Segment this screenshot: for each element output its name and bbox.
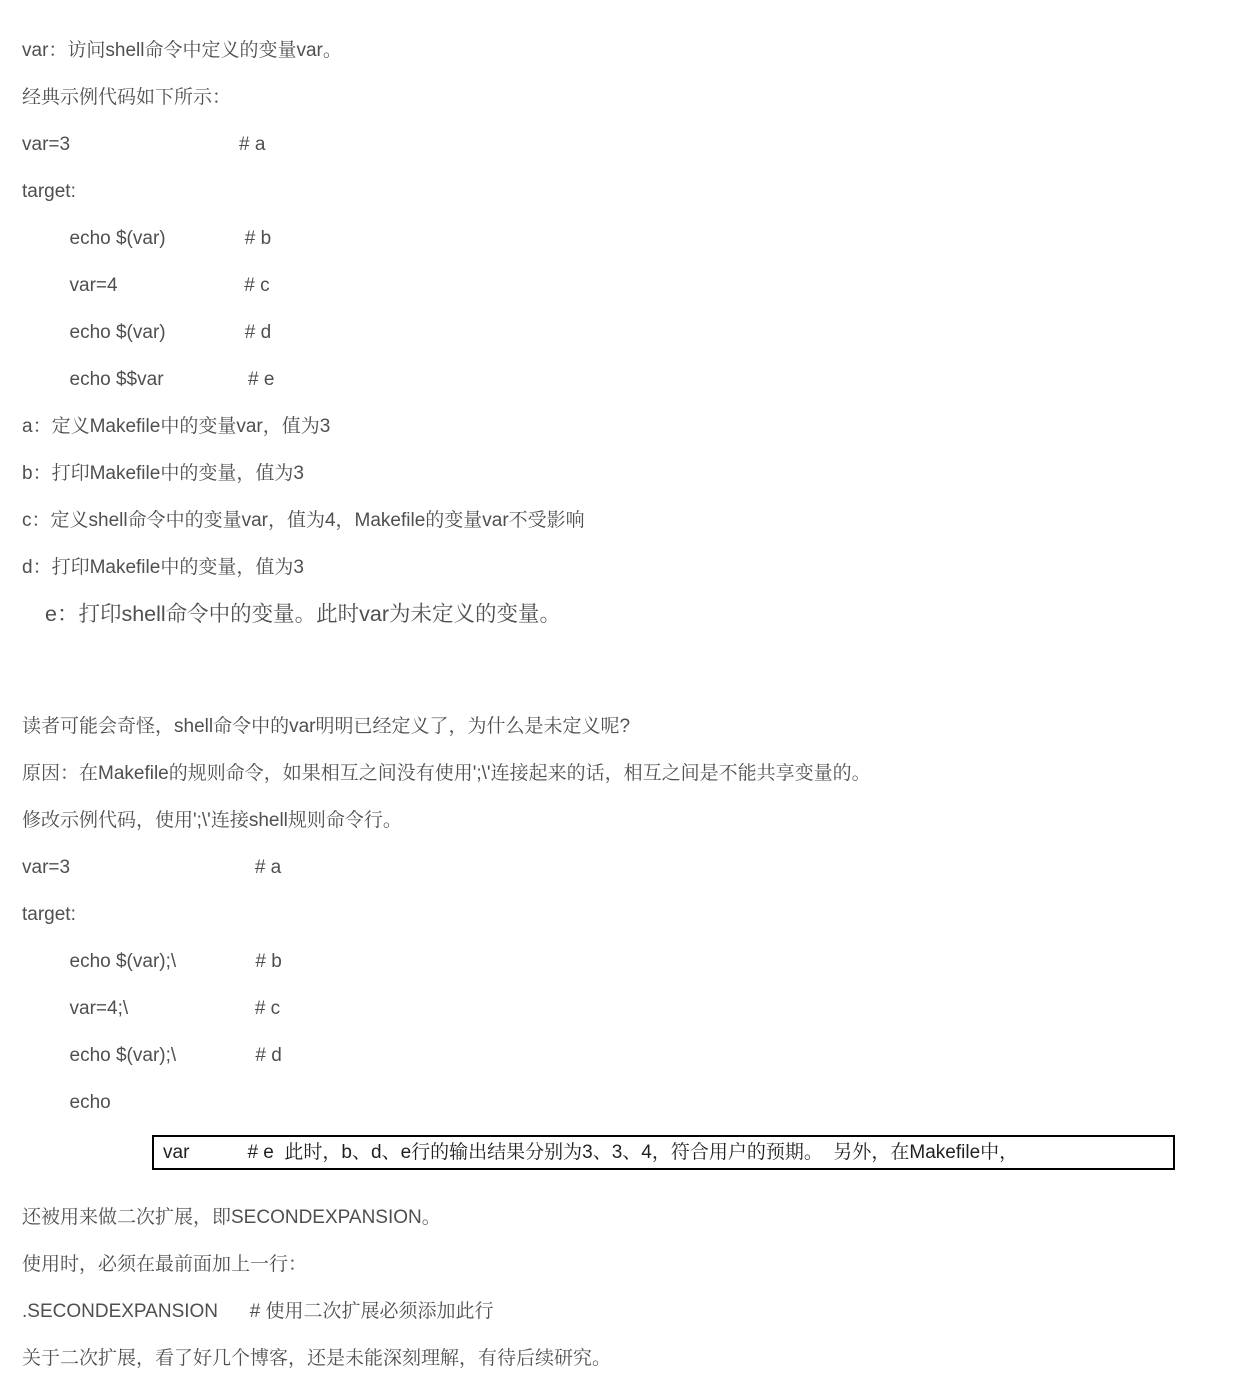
note-line-d: d：打印Makefile中的变量，值为3 [22,544,1227,591]
explain-line: 读者可能会奇怪，shell命令中的var明明已经定义了，为什么是未定义呢? [22,703,1227,750]
code-line: var=3 # a [22,121,1227,168]
code-line: echo $(var);\ # d [22,1032,1227,1079]
code-line: target: [22,168,1227,215]
note-line-e: e：打印shell命令中的变量。此时var为未定义的变量。 [22,591,1227,638]
tail-line: 使用时，必须在最前面加上一行： [22,1241,1227,1288]
tail-line: 关于二次扩展，看了好几个博客，还是未能深刻理解，有待后续研究。 [22,1335,1227,1375]
intro-line-example: 经典示例代码如下所示： [22,74,1227,121]
code-line: var=4 # c [22,262,1227,309]
boxed-output-note: var # e 此时，b、d、e行的输出结果分别为3、3、4，符合用户的预期。 … [152,1135,1175,1170]
code-line: var=3 # a [22,844,1227,891]
code-line: echo $(var);\ # b [22,938,1227,985]
code-line: echo $(var) # b [22,215,1227,262]
code-line: echo [22,1079,1227,1126]
code-line: var=4;\ # c [22,985,1227,1032]
intro-line-var: var：访问shell命令中定义的变量var。 [22,27,1227,74]
code-line: echo $(var) # d [22,309,1227,356]
tail-line-secondexpansion: .SECONDEXPANSION # 使用二次扩展必须添加此行 [22,1288,1227,1335]
article-content: var：访问shell命令中定义的变量var。 经典示例代码如下所示： var=… [0,0,1251,1375]
note-line-b: b：打印Makefile中的变量，值为3 [22,450,1227,497]
tail-line: 还被用来做二次扩展，即SECONDEXPANSION。 [22,1194,1227,1241]
boxed-output-text: var # e 此时，b、d、e行的输出结果分别为3、3、4，符合用户的预期。 … [154,1143,1018,1162]
explain-line: 原因：在Makefile的规则命令，如果相互之间没有使用';\'连接起来的话，相… [22,750,1227,797]
explain-line: 修改示例代码，使用';\'连接shell规则命令行。 [22,797,1227,844]
code-line: target: [22,891,1227,938]
note-line-c: c：定义shell命令中的变量var，值为4，Makefile的变量var不受影… [22,497,1227,544]
code-line: echo $$var # e [22,356,1227,403]
paragraph-gap [22,638,1227,703]
note-line-a: a：定义Makefile中的变量var，值为3 [22,403,1227,450]
